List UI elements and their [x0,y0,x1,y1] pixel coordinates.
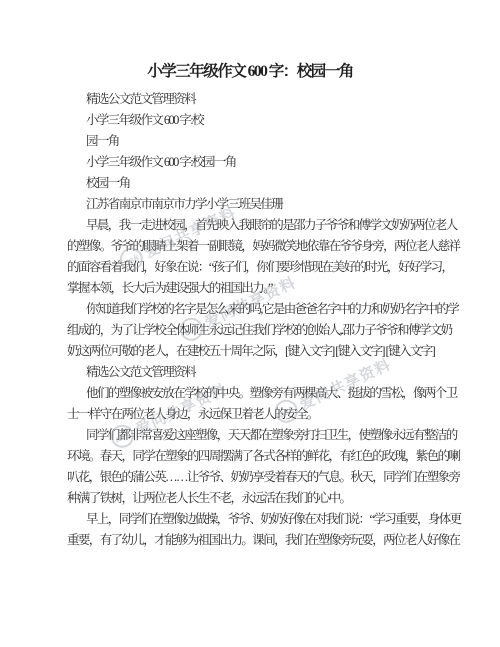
text-line: 叭花，银色的蒲公英……让爷爷、奶奶享受着春天的气息。秋天，同学们在塑象旁 [67,467,439,488]
text-line: 环境。春天，同学在塑象的四周摆满了各式各样的鲜花，有红色的玫瑰，紫色的喇 [67,446,439,467]
document-page: 小学三年级作文 600 字：校园一角 精选公文范文管理资料小学三年级作文 600… [0,0,500,647]
text-line: 种满了铁树，让两位老人长生不老，永远活在我们的心中。 [67,488,439,509]
text-line: 园一角 [67,131,439,152]
text-line: 小学三年级作文 600 字:校园一角 [67,152,439,173]
text-line: 精选公文范文管理资料 [67,362,439,383]
text-line: 江苏省南京市南京市力学小学三班吴佳珊 [67,194,439,215]
text-line: 重要，有了幼儿，才能够为祖国出力。课间，我们在塑像旁玩耍，两位老人好像在 [67,530,439,551]
text-line: 早上，同学们在塑像边做操，爷爷、奶奶好像在对我们说：“学习重要，身体更 [67,509,439,530]
text-line: 的塑像。爷爷的眼睛上架着一副眼镜，妈妈微笑地依靠在爷爷身旁，两位老人慈祥 [67,236,439,257]
text-line: 小学三年级作文 600 字:校 [67,110,439,131]
page-title: 小学三年级作文 600 字：校园一角 [0,59,500,81]
document-body: 精选公文范文管理资料小学三年级作文 600 字:校园一角小学三年级作文 600 … [67,89,439,551]
text-line: 士一样守在两位老人身边，永远保卫着老人的安全。 [67,404,439,425]
text-line: 掌握本领，长大后为建设强大的祖国出力。” [67,278,439,299]
text-line: 组成的，为了让学校全体师生永远记住我们学校的创始人,.邵力子爷爷和傅学文奶 [67,320,439,341]
text-line: 他们的塑像被安放在学校的中央。塑像旁有两棵高大、挺拔的雪松，像两个卫 [67,383,439,404]
text-line: 校园一角 [67,173,439,194]
text-line: 同学们都非常喜爱这座塑像，天天都在塑象旁打扫卫生，使塑像永远有整洁的 [67,425,439,446]
text-line: 奶这两位可敬的老人，在建校五十周年之际，[键入文字] [键入文字] [键入文字] [67,341,439,362]
text-line: 精选公文范文管理资料 [67,89,439,110]
text-line: 你知道我们学校的名字是怎么来的吗,它是由爸爸名字中的力和奶奶名字中的学 [67,299,439,320]
text-line: 的面容看着我们，好象在说：“孩子们，你们要珍惜现在美好的时光，好好学习， [67,257,439,278]
text-line: 早晨，我一走进校园，首先映入我眼帘的是邵力子爷爷和傅学文奶奶两位老人 [67,215,439,236]
